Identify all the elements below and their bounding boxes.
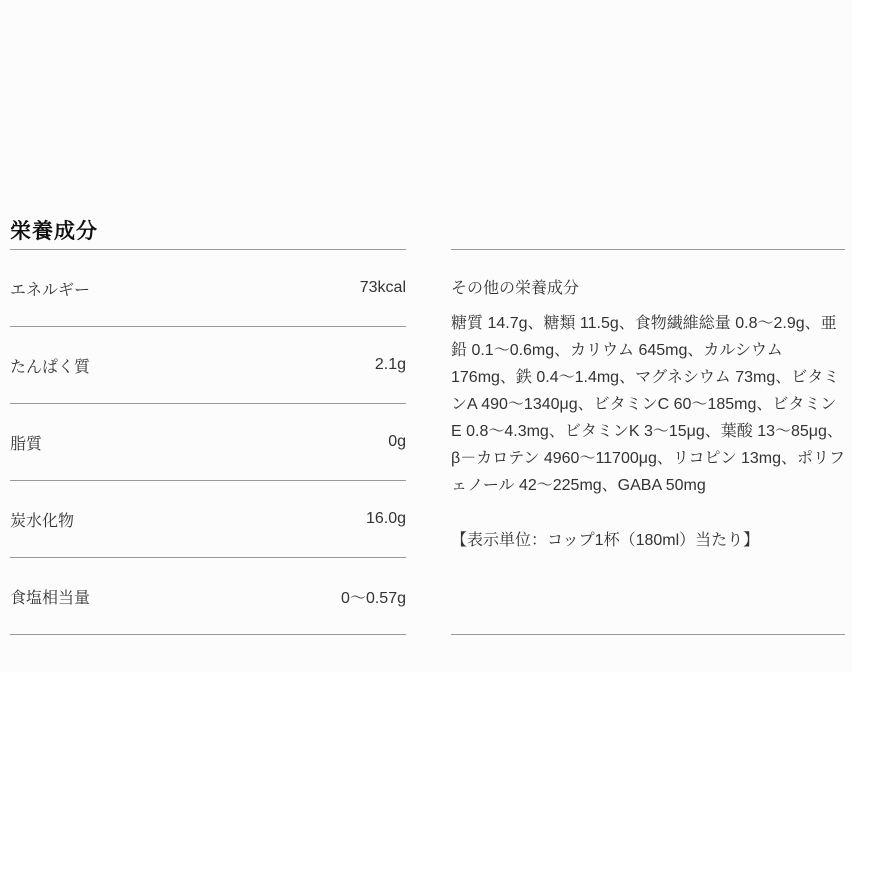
nutrient-value: 16.0g — [366, 510, 406, 528]
section-title: 栄養成分 — [10, 218, 98, 246]
serving-unit-note: 【表示単位：コップ1杯（180ml）当たり】 — [451, 527, 845, 550]
nutrient-value: 73kcal — [360, 279, 406, 297]
nutrition-table: エネルギー 73kcal たんぱく質 2.1g 脂質 0g 炭水化物 16.0g… — [10, 249, 406, 635]
nutrient-label: 脂質 — [10, 431, 42, 454]
other-nutrients-heading: その他の栄養成分 — [451, 275, 845, 298]
nutrient-value: 2.1g — [375, 356, 406, 374]
nutrient-value: 0〜0.57g — [341, 585, 406, 608]
nutrition-section: 栄養成分 エネルギー 73kcal たんぱく質 2.1g 脂質 0g 炭水化物 … — [0, 0, 873, 873]
other-nutrients-panel: その他の栄養成分 糖質 14.7g、糖類 11.5g、食物繊維総量 0.8〜2.… — [451, 249, 845, 635]
nutrient-label: エネルギー — [10, 277, 90, 300]
other-nutrients-body: 糖質 14.7g、糖類 11.5g、食物繊維総量 0.8〜2.9g、亜鉛 0.1… — [451, 310, 845, 499]
nutrient-label: たんぱく質 — [10, 354, 90, 377]
table-row: エネルギー 73kcal — [10, 250, 406, 327]
nutrient-label: 食塩相当量 — [10, 585, 90, 608]
nutrient-value: 0g — [388, 433, 406, 451]
table-row: 炭水化物 16.0g — [10, 481, 406, 558]
table-row: 食塩相当量 0〜0.57g — [10, 558, 406, 635]
table-row: たんぱく質 2.1g — [10, 327, 406, 404]
table-row: 脂質 0g — [10, 404, 406, 481]
nutrient-label: 炭水化物 — [10, 508, 74, 531]
